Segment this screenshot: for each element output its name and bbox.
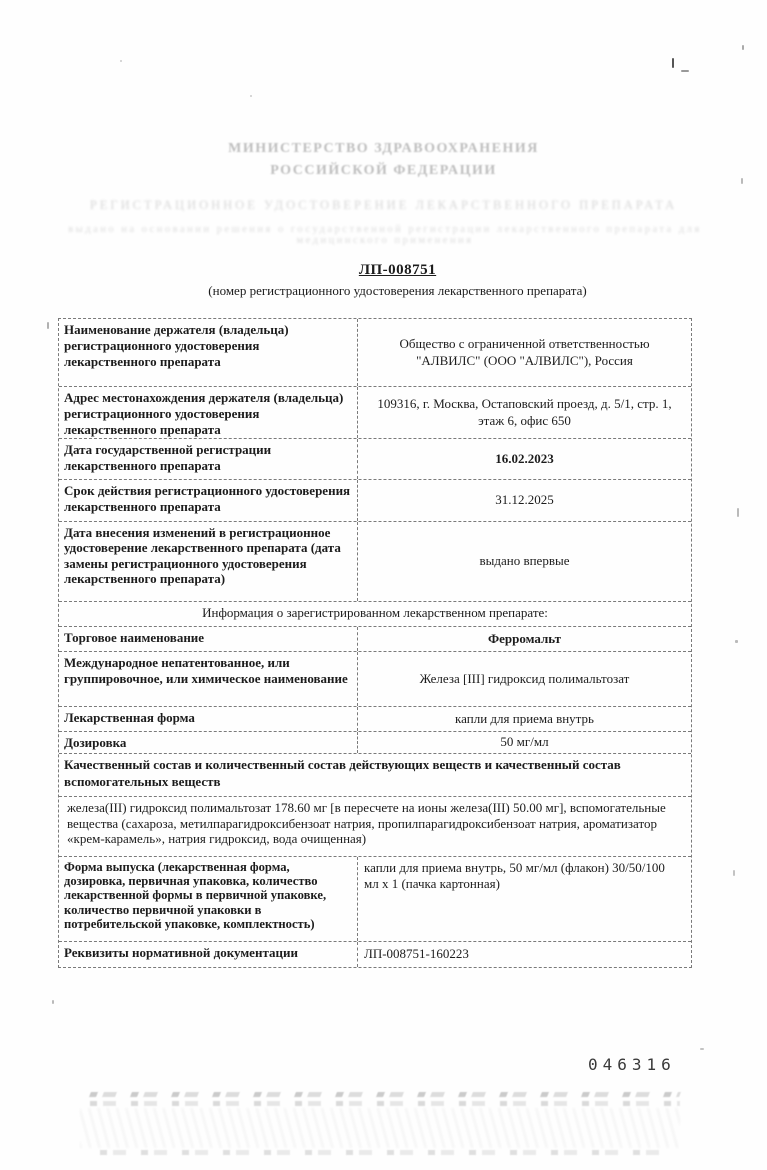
row-label: Форма выпуска (лекарственная форма, дози…: [59, 857, 358, 941]
row-label: Срок действия регистрационного удостовер…: [59, 480, 358, 521]
bleedthrough-noise: [89, 1092, 681, 1097]
row-value: Железа [III] гидроксид полимальтозат: [358, 652, 691, 706]
composition-header: Качественный состав и количественный сос…: [59, 754, 691, 796]
table-row: Наименование держателя (владельца) регис…: [59, 319, 691, 387]
scan-speck: [737, 508, 739, 517]
scan-speck: [681, 70, 689, 72]
row-label: Реквизиты нормативной документации: [59, 942, 358, 967]
row-label: Наименование держателя (владельца) регис…: [59, 319, 358, 386]
ministry-header: МИНИСТЕРСТВО ЗДРАВООХРАНЕНИЯ РОССИЙСКОЙ …: [0, 138, 767, 181]
table-row: Международное непатентованное, или групп…: [59, 652, 691, 707]
table-row: Лекарственная форма капли для приема вну…: [59, 707, 691, 732]
scan-speck: [741, 178, 743, 184]
composition-text: железа(III) гидроксид полимальтозат 178.…: [59, 797, 691, 856]
table-row: Срок действия регистрационного удостовер…: [59, 480, 691, 522]
scan-speck: [120, 60, 122, 62]
table-row: Реквизиты нормативной документации ЛП-00…: [59, 942, 691, 967]
scan-speck: [700, 1048, 704, 1050]
scan-speck: [250, 95, 252, 97]
table-row: Дата внесения изменений в регистрационно…: [59, 522, 691, 602]
form-serial-number: 046316: [588, 1055, 676, 1074]
table-row: Торговое наименование Ферромальт: [59, 627, 691, 652]
document-subtitle-faded: выдано на основании решения о государств…: [40, 224, 730, 246]
row-value: капли для приема внутрь, 50 мг/мл (флако…: [358, 857, 691, 941]
row-value: 31.12.2025: [358, 480, 691, 521]
composition-header-row: Качественный состав и количественный сос…: [59, 754, 691, 797]
bleedthrough-noise: [100, 1150, 660, 1155]
row-label: Лекарственная форма: [59, 707, 358, 731]
bleedthrough-noise: [80, 1108, 680, 1148]
row-label: Торговое наименование: [59, 627, 358, 651]
registration-number: ЛП-008751: [14, 262, 767, 279]
row-label: Дата внесения изменений в регистрационно…: [59, 522, 358, 601]
scan-speck: [672, 58, 674, 68]
row-value: Ферромальт: [358, 627, 691, 651]
row-label: Адрес местонахождения держателя (владель…: [59, 387, 358, 438]
row-label: Дозировка: [59, 732, 358, 753]
table-row: Дата государственной регистрации лекарст…: [59, 439, 691, 480]
section-header: Информация о зарегистрированном лекарств…: [59, 602, 691, 626]
composition-text-row: железа(III) гидроксид полимальтозат 178.…: [59, 797, 691, 857]
table-row: Форма выпуска (лекарственная форма, дози…: [59, 857, 691, 942]
bleedthrough-noise: [90, 1101, 680, 1106]
table-row: Дозировка 50 мг/мл: [59, 732, 691, 754]
scan-speck: [47, 322, 49, 329]
scan-speck: [52, 1000, 54, 1004]
row-label: Дата государственной регистрации лекарст…: [59, 439, 358, 479]
scan-speck: [735, 640, 738, 643]
registration-details-table: Наименование держателя (владельца) регис…: [58, 318, 692, 968]
table-section-header-row: Информация о зарегистрированном лекарств…: [59, 602, 691, 627]
scanned-certificate-page: МИНИСТЕРСТВО ЗДРАВООХРАНЕНИЯ РОССИЙСКОЙ …: [0, 0, 767, 1170]
row-value: 50 мг/мл: [358, 732, 691, 753]
row-value: 16.02.2023: [358, 439, 691, 479]
scan-speck: [733, 870, 735, 876]
table-row: Адрес местонахождения держателя (владель…: [59, 387, 691, 439]
scan-speck: [742, 45, 744, 50]
row-value: 109316, г. Москва, Остаповский проезд, д…: [358, 387, 691, 438]
row-value: ЛП-008751-160223: [358, 942, 691, 967]
row-value: капли для приема внутрь: [358, 707, 691, 731]
row-label: Международное непатентованное, или групп…: [59, 652, 358, 706]
document-title-faded: РЕГИСТРАЦИОННОЕ УДОСТОВЕРЕНИЕ ЛЕКАРСТВЕН…: [0, 198, 767, 213]
row-value: выдано впервые: [358, 522, 691, 601]
registration-number-caption: (номер регистрационного удостоверения ле…: [14, 283, 767, 299]
row-value: Общество с ограниченной ответственностью…: [358, 319, 691, 386]
